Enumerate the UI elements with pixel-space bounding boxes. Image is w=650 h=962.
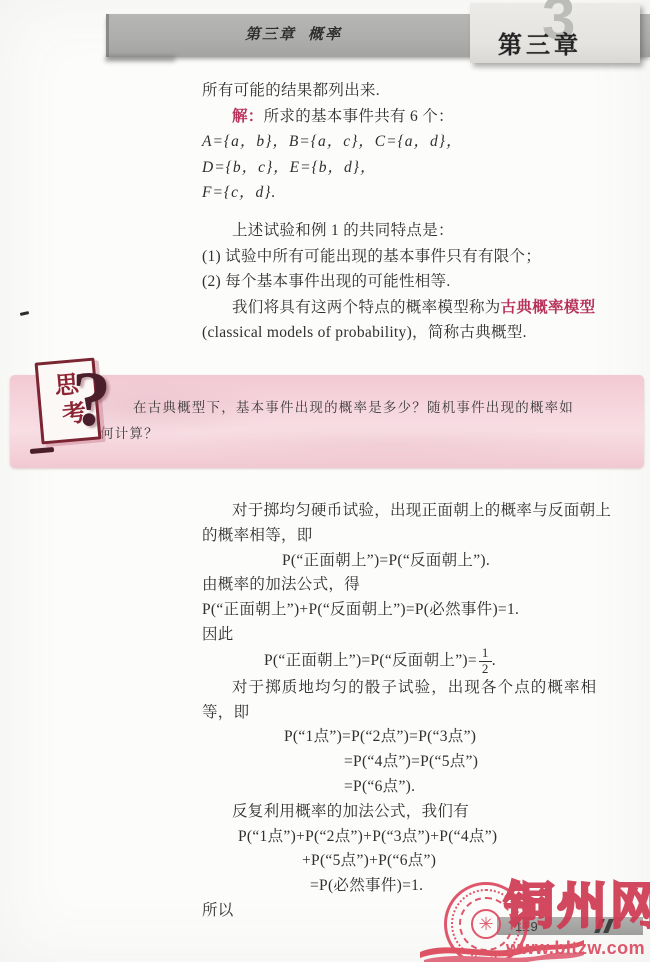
equation-line: P(“1点”)+P(“2点”)+P(“3点”)+P(“4点”)	[202, 825, 607, 850]
watermark-url: www.bltzw.com	[506, 938, 645, 959]
lower-text-block: 对于掷均匀硬币试验，出现正面朝上的概率与反面朝上 的概率相等，即 P(“正面朝上…	[202, 499, 607, 924]
equation-line: +P(“5点”)+P(“6点”)	[202, 849, 607, 874]
body-line: 反复利用概率的加法公式，我们有	[202, 800, 607, 825]
body-line: (2) 每个基本事件出现的可能性相等.	[202, 269, 607, 295]
body-line: 所有可能的结果都列出来.	[202, 78, 607, 104]
running-chapter: 第三章	[245, 26, 296, 43]
fraction: 12	[479, 646, 492, 677]
equation-line-fraction: P(“正面朝上”)=P(“反面朝上”)=12.	[202, 648, 607, 676]
chapter-tab-label: 第三章	[498, 25, 582, 60]
think-question-line: 在古典概型下，基本事件出现的概率是多少？随机事件出现的概率如	[100, 395, 630, 421]
running-title: 第三章概率	[245, 23, 342, 44]
underline-dash-icon	[30, 447, 54, 454]
think-icon: 思 考 ?	[26, 356, 138, 460]
fraction-eq-suffix: .	[492, 649, 496, 674]
fraction-denominator: 2	[482, 662, 489, 677]
classical-pre: 我们将具有这两个特点的概率模型称为	[232, 299, 501, 316]
classical-term: 古典概率模型	[501, 299, 596, 316]
think-question-text: 在古典概型下，基本事件出现的概率是多少？随机事件出现的概率如 何计算？	[100, 395, 630, 447]
running-subject: 概率	[308, 26, 342, 43]
equation-line: A={a，b}，B={a，c}，C={a，d}，	[202, 129, 607, 155]
seal-flower-icon: ✳	[471, 909, 501, 939]
body-line: 对于掷均匀硬币试验，出现正面朝上的概率与反面朝上	[202, 499, 607, 524]
solution-text: 所求的基本事件共有 6 个：	[264, 108, 454, 125]
solution-label: 解：	[232, 108, 264, 125]
watermark-title: 铜州网	[504, 878, 650, 934]
textbook-page: 第三章概率 3 第三章 所有可能的结果都列出来. 解：所求的基本事件共有 6 个…	[0, 0, 650, 962]
body-line: (classical models of probability)，简称古典概型…	[202, 320, 607, 346]
equation-line: P(“正面朝上”)+P(“反面朝上”)=P(必然事件)=1.	[202, 598, 607, 623]
equation-line: D={b，c}，E={b，d}，	[202, 155, 607, 181]
body-line: 对于掷质地均匀的骰子试验，出现各个点的概率相	[202, 676, 607, 701]
question-mark-icon: ?	[72, 362, 111, 436]
think-question-line: 何计算？	[100, 421, 630, 447]
fraction-numerator: 1	[479, 646, 492, 662]
equation-line: P(“1点”)=P(“2点”)=P(“3点”)	[202, 725, 607, 750]
body-line: (1) 试验中所有可能出现的基本事件只有有限个；	[202, 244, 607, 270]
body-line: 的概率相等，即	[202, 524, 607, 549]
solution-line: 解：所求的基本事件共有 6 个：	[202, 104, 607, 130]
body-line: 我们将具有这两个特点的概率模型称为古典概率模型	[202, 295, 607, 321]
chapter-tab: 3 第三章	[470, 3, 640, 63]
equation-line: =P(“4点”)=P(“5点”)	[202, 750, 607, 775]
fraction-eq-prefix: P(“正面朝上”)=P(“反面朝上”)=	[264, 649, 477, 674]
body-line: 等，即	[202, 701, 607, 726]
equation-line: P(“正面朝上”)=P(“反面朝上”).	[202, 549, 607, 574]
equation-line: =P(“6点”).	[202, 775, 607, 800]
body-line: 由概率的加法公式，得	[202, 573, 607, 598]
body-line: 因此	[202, 623, 607, 648]
scan-stray-mark	[20, 311, 29, 316]
upper-text-block: 所有可能的结果都列出来. 解：所求的基本事件共有 6 个： A={a，b}，B=…	[202, 78, 607, 346]
equation-line: F={c，d}.	[202, 180, 607, 206]
body-line: 上述试验和例 1 的共同特点是：	[202, 218, 607, 244]
site-watermark: ✳ 铜州网 www.bltzw.com	[418, 878, 650, 962]
